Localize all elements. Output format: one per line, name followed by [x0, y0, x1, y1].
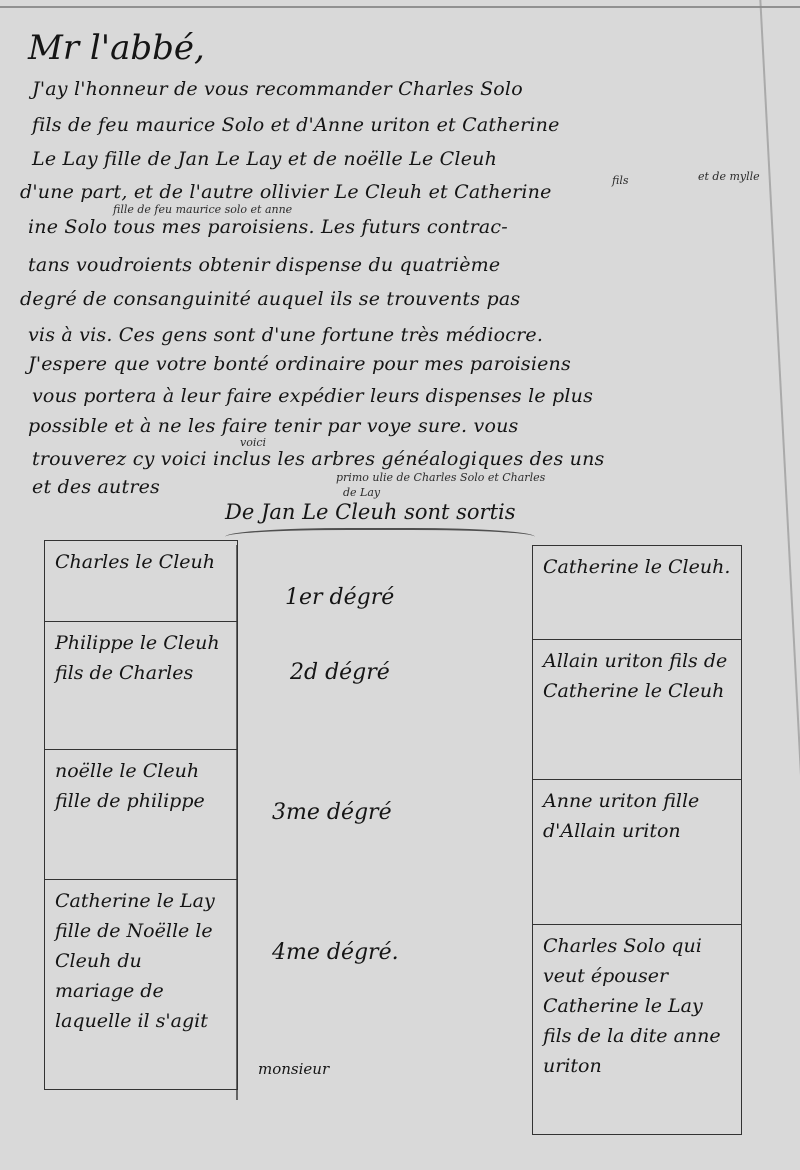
column-divider [236, 545, 238, 1100]
left-lineage-column: Charles le Cleuh Philippe le Cleuh fils … [44, 540, 238, 1090]
body-line: trouverez cy voici inclus les arbres gén… [32, 448, 604, 470]
interlinear-note: fils [612, 174, 629, 187]
tree-heading: De Jan Le Cleuh sont sortis [225, 500, 516, 524]
body-line: et des autres [32, 476, 160, 498]
interlinear-note: primo ulie de Charles Solo et Charles [336, 471, 545, 484]
tree-brace [225, 528, 535, 550]
body-line: ine Solo tous mes paroisiens. Les futurs… [28, 216, 508, 238]
body-line: possible et à ne les faire tenir par voy… [28, 415, 519, 437]
lineage-cell: noëlle le Cleuh fille de philippe [45, 750, 237, 880]
interlinear-note: fille de feu maurice solo et anne [113, 203, 292, 216]
right-lineage-column: Catherine le Cleuh. Allain uriton fils d… [532, 545, 742, 1135]
body-line: Le Lay fille de Jan Le Lay et de noëlle … [32, 148, 497, 170]
lineage-cell: Catherine le Cleuh. [533, 545, 741, 640]
page-top-edge [0, 0, 800, 8]
lineage-cell: Catherine le Lay fille de Noëlle le Cleu… [45, 880, 237, 1090]
manuscript-page: Mr l'abbé, J'ay l'honneur de vous recomm… [0, 0, 800, 1170]
lineage-cell: Allain uriton fils de Catherine le Cleuh [533, 640, 741, 780]
interlinear-note: de Lay [343, 486, 380, 499]
degree-label: 2d dégré [290, 660, 390, 685]
body-line: J'ay l'honneur de vous recommander Charl… [32, 78, 523, 100]
interlinear-note: et de mylle [698, 170, 760, 183]
body-line: degré de consanguinité auquel ils se tro… [20, 288, 520, 310]
body-line: vous portera à leur faire expédier leurs… [32, 385, 593, 407]
degree-label: 4me dégré. [272, 940, 399, 965]
body-line: J'espere que votre bonté ordinaire pour … [28, 353, 571, 375]
degree-label: 1er dégré [285, 585, 394, 610]
salutation: Mr l'abbé, [28, 28, 205, 68]
body-line: vis à vis. Ces gens sont d'une fortune t… [28, 324, 543, 346]
lineage-cell: Anne uriton fille d'Allain uriton [533, 780, 741, 925]
lineage-cell: Charles Solo qui veut épouser Catherine … [533, 925, 741, 1135]
body-line: tans voudroients obtenir dispense du qua… [28, 254, 500, 276]
signature-fragment: monsieur [258, 1060, 329, 1078]
body-line: d'une part, et de l'autre ollivier Le Cl… [20, 181, 552, 203]
lineage-cell: Charles le Cleuh [45, 540, 237, 622]
interlinear-note: voici [240, 436, 266, 449]
page-right-edge [759, 0, 800, 1170]
body-line: fils de feu maurice Solo et d'Anne urito… [32, 114, 560, 136]
lineage-cell: Philippe le Cleuh fils de Charles [45, 622, 237, 750]
degree-label: 3me dégré [272, 800, 392, 825]
